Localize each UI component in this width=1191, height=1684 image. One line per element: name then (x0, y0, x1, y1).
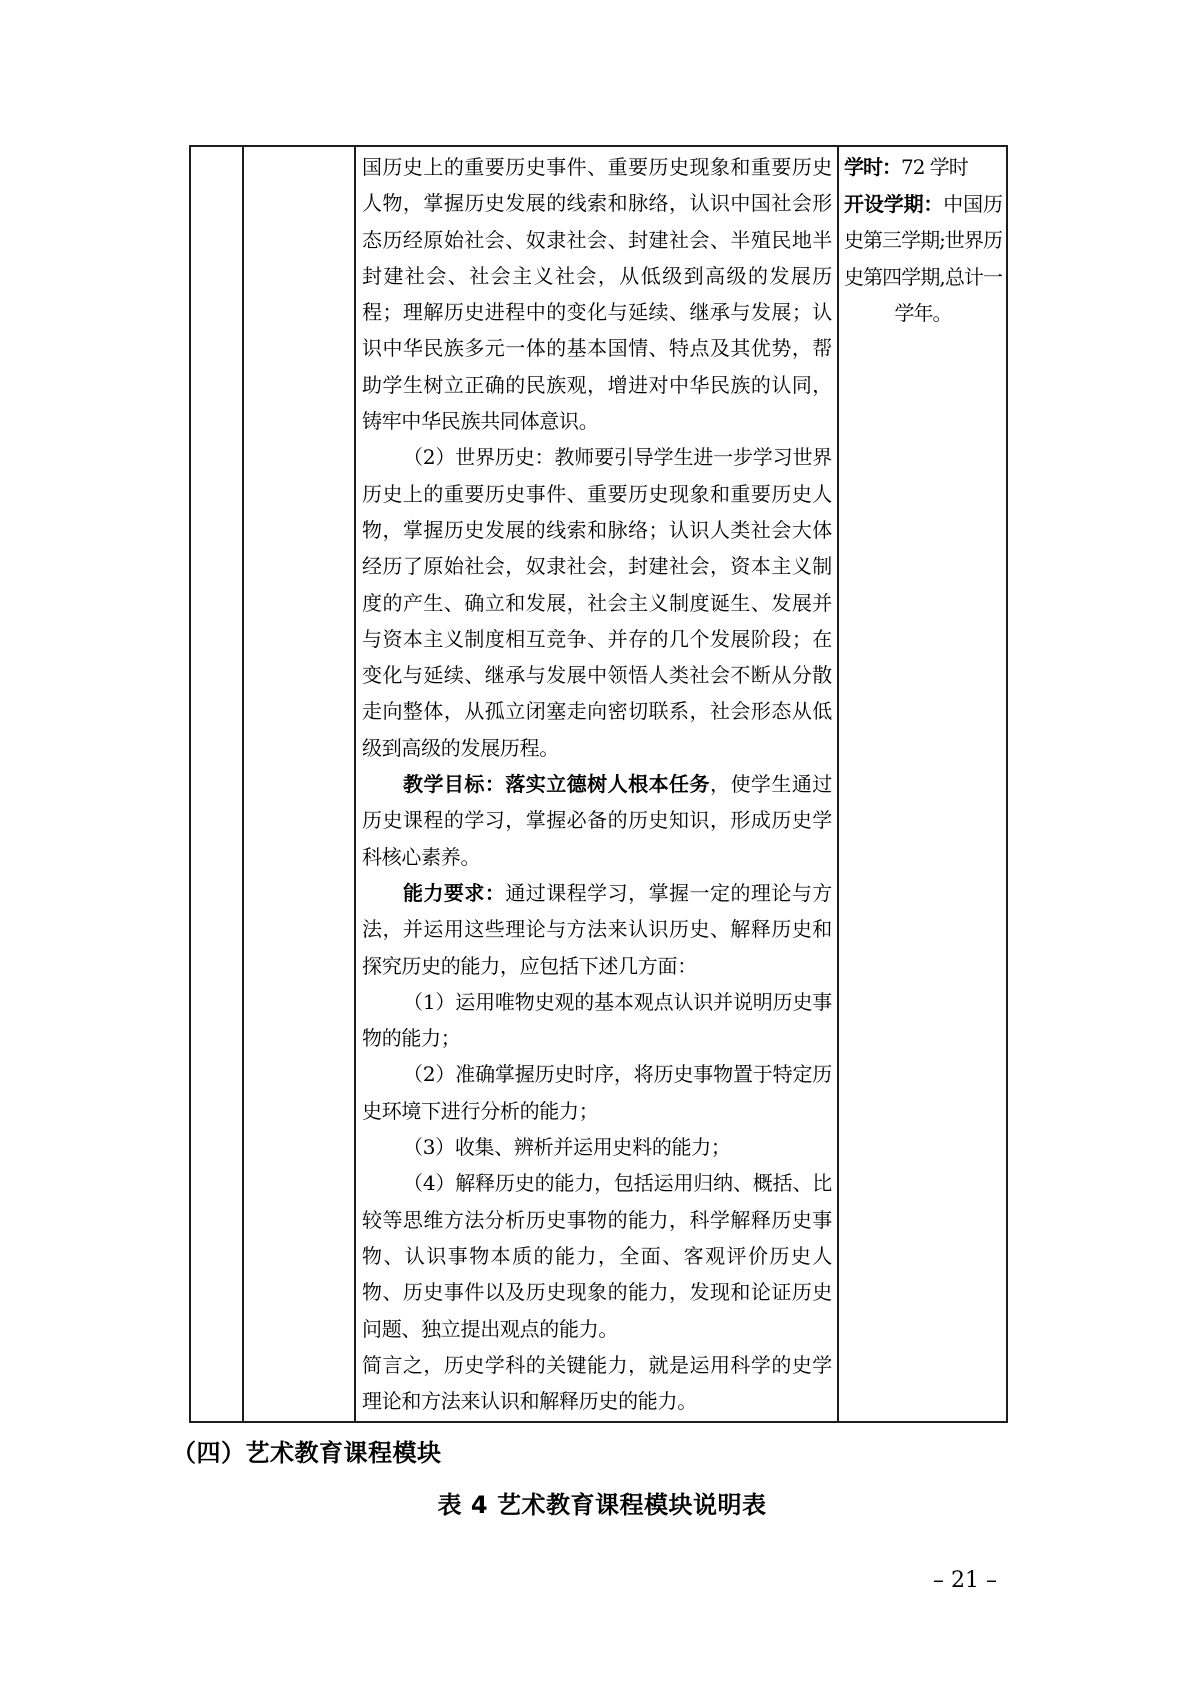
hours-label: 学时： (844, 155, 901, 179)
paragraph-text: 国历史上的重要历史事件、重要历史现象和重要历史人物，掌握历史发展的线索和脉络，认… (362, 155, 832, 433)
paragraph-text: （4）解释历史的能力，包括运用归纳、概括、比较等思维方法分析历史事物的能力，科学… (362, 1171, 832, 1340)
content-paragraph: （3）收集、辨析并运用史料的能力； (362, 1129, 832, 1165)
hours-semester-cell: 学时：72 学时 开设学期：中国历史第三学期;世界历史第四学期,总计一学年。 (838, 146, 1007, 1422)
content-paragraph: （4）解释历史的能力，包括运用归纳、概括、比较等思维方法分析历史事物的能力，科学… (362, 1165, 832, 1346)
empty-column-cell-2 (243, 146, 355, 1422)
semester-label: 开设学期： (844, 192, 943, 216)
paragraph-text: 简言之，历史学科的关键能力，就是运用科学的史学理论和方法来认识和解释历史的能力。 (362, 1353, 832, 1413)
content-paragraph: 简言之，历史学科的关键能力，就是运用科学的史学理论和方法来认识和解释历史的能力。 (362, 1347, 832, 1420)
paragraph-text: （2）世界历史：教师要引导学生进一步学习世界历史上的重要历史事件、重要历史现象和… (362, 445, 832, 759)
paragraph-text: （1）运用唯物史观的基本观点认识并说明历史事物的能力； (362, 990, 832, 1050)
course-content-cell: 国历史上的重要历史事件、重要历史现象和重要历史人物，掌握历史发展的线索和脉络，认… (355, 146, 838, 1422)
paragraph-text: （3）收集、辨析并运用史料的能力； (403, 1135, 731, 1159)
content-paragraph: （2）准确掌握历史时序，将历史事物置于特定历史环境下进行分析的能力； (362, 1056, 832, 1129)
empty-column-cell-1 (190, 146, 243, 1422)
hours-value: 72 学时 (901, 155, 968, 179)
bold-label: 能力要求： (403, 881, 505, 905)
content-paragraph: 国历史上的重要历史事件、重要历史现象和重要历史人物，掌握历史发展的线索和脉络，认… (362, 149, 832, 439)
curriculum-table: 国历史上的重要历史事件、重要历史现象和重要历史人物，掌握历史发展的线索和脉络，认… (189, 145, 1008, 1423)
semester-paragraph: 开设学期：中国历史第三学期;世界历史第四学期,总计一学年。 (844, 186, 1002, 332)
content-paragraph: 教学目标：落实立德树人根本任务，使学生通过历史课程的学习，掌握必备的历史知识，形… (362, 766, 832, 875)
content-paragraph: （1）运用唯物史观的基本观点认识并说明历史事物的能力； (362, 984, 832, 1057)
table-row: 国历史上的重要历史事件、重要历史现象和重要历史人物，掌握历史发展的线索和脉络，认… (190, 146, 1007, 1422)
paragraph-text: （2）准确掌握历史时序，将历史事物置于特定历史环境下进行分析的能力； (362, 1062, 832, 1122)
bold-label: 教学目标：落实立德树人根本任务 (403, 772, 710, 796)
section-heading: （四）艺术教育课程模块 (172, 1438, 442, 1468)
content-paragraph: （2）世界历史：教师要引导学生进一步学习世界历史上的重要历史事件、重要历史现象和… (362, 439, 832, 766)
hours-paragraph: 学时：72 学时 (844, 149, 1002, 186)
page-number: – 21 – (905, 1568, 1025, 1594)
content-paragraph: 能力要求：通过课程学习，掌握一定的理论与方法，并运用这些理论与方法来认识历史、解… (362, 875, 832, 984)
document-page: 国历史上的重要历史事件、重要历史现象和重要历史人物，掌握历史发展的线索和脉络，认… (0, 0, 1191, 1684)
table-caption: 表 4 艺术教育课程模块说明表 (172, 1490, 1032, 1520)
